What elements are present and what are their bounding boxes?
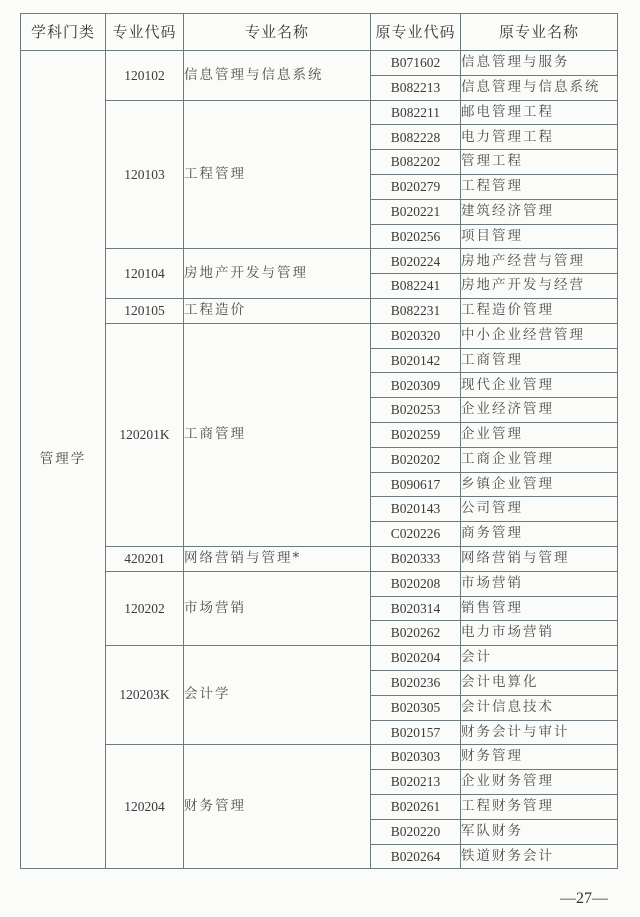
major-name-cell: 财务管理 [184,745,371,869]
header-major-name: 专业名称 [184,14,371,51]
original-code-cell: B020142 [371,348,461,373]
original-name-cell: 财务会计与审计 [461,720,618,745]
major-code-cell: 120102 [106,51,184,101]
original-name-cell: 建筑经济管理 [461,199,618,224]
header-original-code: 原专业代码 [371,14,461,51]
major-code-cell: 120104 [106,249,184,299]
original-code-cell: B020236 [371,670,461,695]
original-name-cell: 会计 [461,646,618,671]
original-name-cell: 工程造价管理 [461,298,618,323]
original-code-cell: B020143 [371,497,461,522]
original-name-cell: 房地产经营与管理 [461,249,618,274]
table-row: 120203K会计学B020204会计 [21,646,618,671]
original-name-cell: 公司管理 [461,497,618,522]
table-row: 120204财务管理B020303财务管理 [21,745,618,770]
original-name-cell: 财务管理 [461,745,618,770]
original-name-cell: 房地产开发与经营 [461,274,618,299]
original-name-cell: 项目管理 [461,224,618,249]
original-name-cell: 会计电算化 [461,670,618,695]
original-code-cell: B082213 [371,75,461,100]
major-code-cell: 120204 [106,745,184,869]
original-code-cell: B082228 [371,125,461,150]
original-name-cell: 中小企业经营管理 [461,323,618,348]
table-header-row: 学科门类 专业代码 专业名称 原专业代码 原专业名称 [21,14,618,51]
page-number: —27— [560,890,608,908]
header-major-code: 专业代码 [106,14,184,51]
original-code-cell: B020208 [371,571,461,596]
original-code-cell: B020202 [371,447,461,472]
table-row: 120103工程管理B082211邮电管理工程 [21,100,618,125]
original-code-cell: B020261 [371,794,461,819]
original-code-cell: B020259 [371,422,461,447]
table-row: 管理学120102信息管理与信息系统B071602信息管理与服务 [21,51,618,76]
major-name-cell: 工程管理 [184,100,371,249]
table-row: 120104房地产开发与管理B020224房地产经营与管理 [21,249,618,274]
major-code-cell: 420201 [106,546,184,571]
major-code-cell: 120203K [106,646,184,745]
table-row: 420201网络营销与管理*B020333网络营销与管理 [21,546,618,571]
major-code-cell: 120201K [106,323,184,546]
original-name-cell: 工程财务管理 [461,794,618,819]
original-name-cell: 信息管理与服务 [461,51,618,76]
original-name-cell: 商务管理 [461,522,618,547]
original-code-cell: B071602 [371,51,461,76]
major-name-cell: 工程造价 [184,298,371,323]
original-name-cell: 会计信息技术 [461,695,618,720]
original-name-cell: 网络营销与管理 [461,546,618,571]
table-body: 管理学120102信息管理与信息系统B071602信息管理与服务B082213信… [21,51,618,869]
header-category: 学科门类 [21,14,106,51]
original-code-cell: B020264 [371,844,461,869]
original-code-cell: B090617 [371,472,461,497]
major-code-cell: 120202 [106,571,184,645]
original-code-cell: B082211 [371,100,461,125]
header-original-name: 原专业名称 [461,14,618,51]
table-row: 120202市场营销B020208市场营销 [21,571,618,596]
major-name-cell: 市场营销 [184,571,371,645]
original-name-cell: 销售管理 [461,596,618,621]
original-name-cell: 工商管理 [461,348,618,373]
original-code-cell: B020253 [371,398,461,423]
original-code-cell: B082231 [371,298,461,323]
original-code-cell: B020157 [371,720,461,745]
original-name-cell: 工商企业管理 [461,447,618,472]
original-code-cell: B020262 [371,621,461,646]
original-code-cell: B020305 [371,695,461,720]
original-code-cell: B082202 [371,150,461,175]
original-code-cell: B020320 [371,323,461,348]
major-name-cell: 房地产开发与管理 [184,249,371,299]
major-name-cell: 工商管理 [184,323,371,546]
original-code-cell: B020221 [371,199,461,224]
original-name-cell: 军队财务 [461,819,618,844]
original-name-cell: 企业管理 [461,422,618,447]
original-code-cell: B020224 [371,249,461,274]
original-name-cell: 铁道财务会计 [461,844,618,869]
original-code-cell: B020204 [371,646,461,671]
original-name-cell: 企业财务管理 [461,770,618,795]
category-cell: 管理学 [21,51,106,869]
original-code-cell: B082241 [371,274,461,299]
original-code-cell: B020256 [371,224,461,249]
major-code-cell: 120103 [106,100,184,249]
original-code-cell: B020309 [371,373,461,398]
original-name-cell: 企业经济管理 [461,398,618,423]
original-code-cell: C020226 [371,522,461,547]
major-name-cell: 网络营销与管理* [184,546,371,571]
original-code-cell: B020303 [371,745,461,770]
original-name-cell: 邮电管理工程 [461,100,618,125]
original-name-cell: 管理工程 [461,150,618,175]
original-name-cell: 工程管理 [461,174,618,199]
original-code-cell: B020314 [371,596,461,621]
table-row: 120105工程造价B082231工程造价管理 [21,298,618,323]
original-name-cell: 市场营销 [461,571,618,596]
original-code-cell: B020333 [371,546,461,571]
original-name-cell: 电力管理工程 [461,125,618,150]
original-name-cell: 乡镇企业管理 [461,472,618,497]
original-name-cell: 信息管理与信息系统 [461,75,618,100]
original-code-cell: B020220 [371,819,461,844]
major-name-cell: 会计学 [184,646,371,745]
major-name-cell: 信息管理与信息系统 [184,51,371,101]
original-code-cell: B020279 [371,174,461,199]
original-code-cell: B020213 [371,770,461,795]
original-name-cell: 电力市场营销 [461,621,618,646]
major-code-cell: 120105 [106,298,184,323]
major-mapping-table: 学科门类 专业代码 专业名称 原专业代码 原专业名称 管理学120102信息管理… [20,13,618,869]
table-row: 120201K工商管理B020320中小企业经营管理 [21,323,618,348]
original-name-cell: 现代企业管理 [461,373,618,398]
